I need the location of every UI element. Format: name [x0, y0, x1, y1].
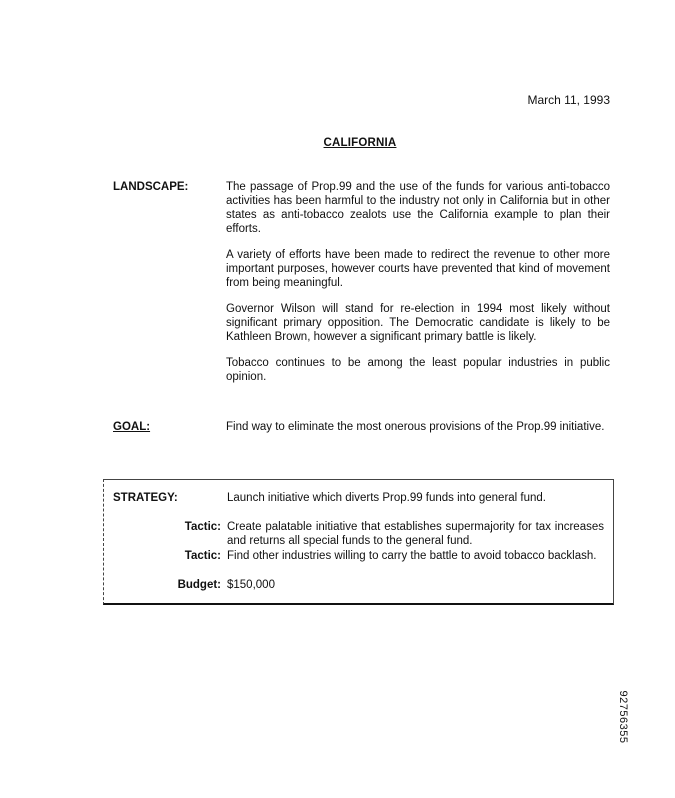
- tactic-label: Tactic:: [185, 549, 221, 563]
- tactic-text: Find other industries willing to carry t…: [227, 549, 604, 563]
- goal-text: Find way to eliminate the most onerous p…: [226, 420, 610, 434]
- goal-label: GOAL:: [113, 420, 150, 434]
- document-title: CALIFORNIA: [0, 136, 675, 150]
- landscape-paragraph: The passage of Prop.99 and the use of th…: [226, 180, 610, 236]
- tactic-label: Tactic:: [185, 520, 221, 534]
- landscape-paragraph: A variety of efforts have been made to r…: [226, 248, 610, 290]
- landscape-label: LANDSCAPE:: [113, 180, 188, 194]
- landscape-body: The passage of Prop.99 and the use of th…: [226, 180, 610, 396]
- strategy-box: STRATEGY: Launch initiative which divert…: [103, 479, 614, 605]
- strategy-label: STRATEGY:: [113, 491, 178, 505]
- budget-value: $150,000: [227, 578, 604, 592]
- tactic-text: Create palatable initiative that establi…: [227, 520, 604, 548]
- bates-number: 92756355: [616, 672, 630, 762]
- budget-label: Budget:: [178, 578, 221, 592]
- document-date: March 11, 1993: [470, 93, 610, 107]
- goal-body: Find way to eliminate the most onerous p…: [226, 420, 610, 446]
- landscape-paragraph: Tobacco continues to be among the least …: [226, 356, 610, 384]
- strategy-text: Launch initiative which diverts Prop.99 …: [227, 491, 604, 505]
- landscape-paragraph: Governor Wilson will stand for re-electi…: [226, 302, 610, 344]
